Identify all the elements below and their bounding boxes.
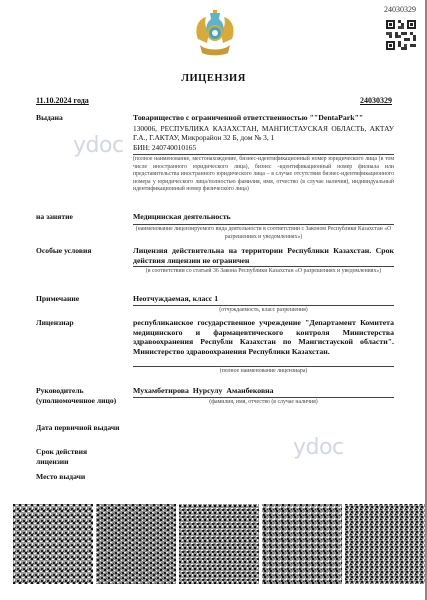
head-label-line2: (уполномоченное лицо) [36,396,116,406]
qr-code-icon [386,20,416,50]
issued-to-note: (полное наименование, местонахождение, б… [133,156,394,194]
licensee-address: 130006, РЕСПУБЛИКА КАЗАХСТАН, МАНГИСТАУС… [133,124,394,143]
underline-rule [133,224,394,225]
licensee-bin: БИН: 240740010165 [133,143,394,152]
activity-label: на занятие [36,212,73,222]
qr-code-strip [13,504,425,584]
activity-value: Медицинская деятельность [133,212,394,222]
issued-to-label: Выдана [36,113,63,123]
licensor-label: Лицензиар [36,318,74,328]
qr-code-icon [13,504,93,584]
document-number-top: 24030329 [384,5,416,14]
qr-code-icon [179,504,259,584]
activity-note: (наименование лицензируемого вида деятел… [133,226,394,241]
first-issue-date-label: Дата первичной выдачи [36,423,120,433]
special-conditions-note: (в соответствии со статьей 36 Закона Рес… [133,268,394,276]
underline-rule [133,397,394,398]
special-conditions-value: Лицензия действительна на территории Рес… [133,246,394,266]
ydoc-watermark: ydoc [73,133,124,158]
registration-number: 24030329 [360,96,392,105]
head-label: Руководитель (уполномоченное лицо) [36,386,116,406]
underline-rule [133,305,394,306]
ydoc-watermark: ydoc [293,435,344,460]
licensee-name: Товарищество с ограниченной ответственно… [133,113,394,123]
issue-date: 11.10.2024 года [36,96,89,105]
head-label-line1: Руководитель [36,386,116,396]
license-document: 24030329 ЛИЦЕНЗИЯ 11.10.2024 года 240303… [0,0,427,600]
underline-rule [133,154,394,155]
validity-label: Срок действия лицензии [36,447,87,467]
document-title: ЛИЦЕНЗИЯ [0,73,427,84]
qr-code-icon [345,504,425,584]
licensor-value: республиканское государственное учрежден… [133,318,394,356]
remark-label: Примечание [36,294,79,304]
kazakhstan-state-emblem-icon [192,9,238,57]
validity-label-line1: Срок действия [36,447,87,457]
qr-code-icon [262,504,342,584]
underline-rule [133,366,394,367]
remark-note: (отчуждаемость, класс разрешения) [133,307,394,315]
place-of-issue-label: Место выдачи [36,472,85,482]
validity-label-line2: лицензии [36,457,87,467]
head-note: (фамилия, имя, отчество (в случае наличи… [133,399,394,407]
head-name: Мухамбетирова Нурсулу Аманбековна [133,386,394,396]
licensor-note: (полное наименование лицензиара) [133,368,394,376]
qr-code-icon [96,504,176,584]
special-conditions-label: Особые условия [36,246,91,256]
underline-rule [133,266,394,267]
remark-value: Неотчуждаемая, класс 1 [133,294,394,304]
